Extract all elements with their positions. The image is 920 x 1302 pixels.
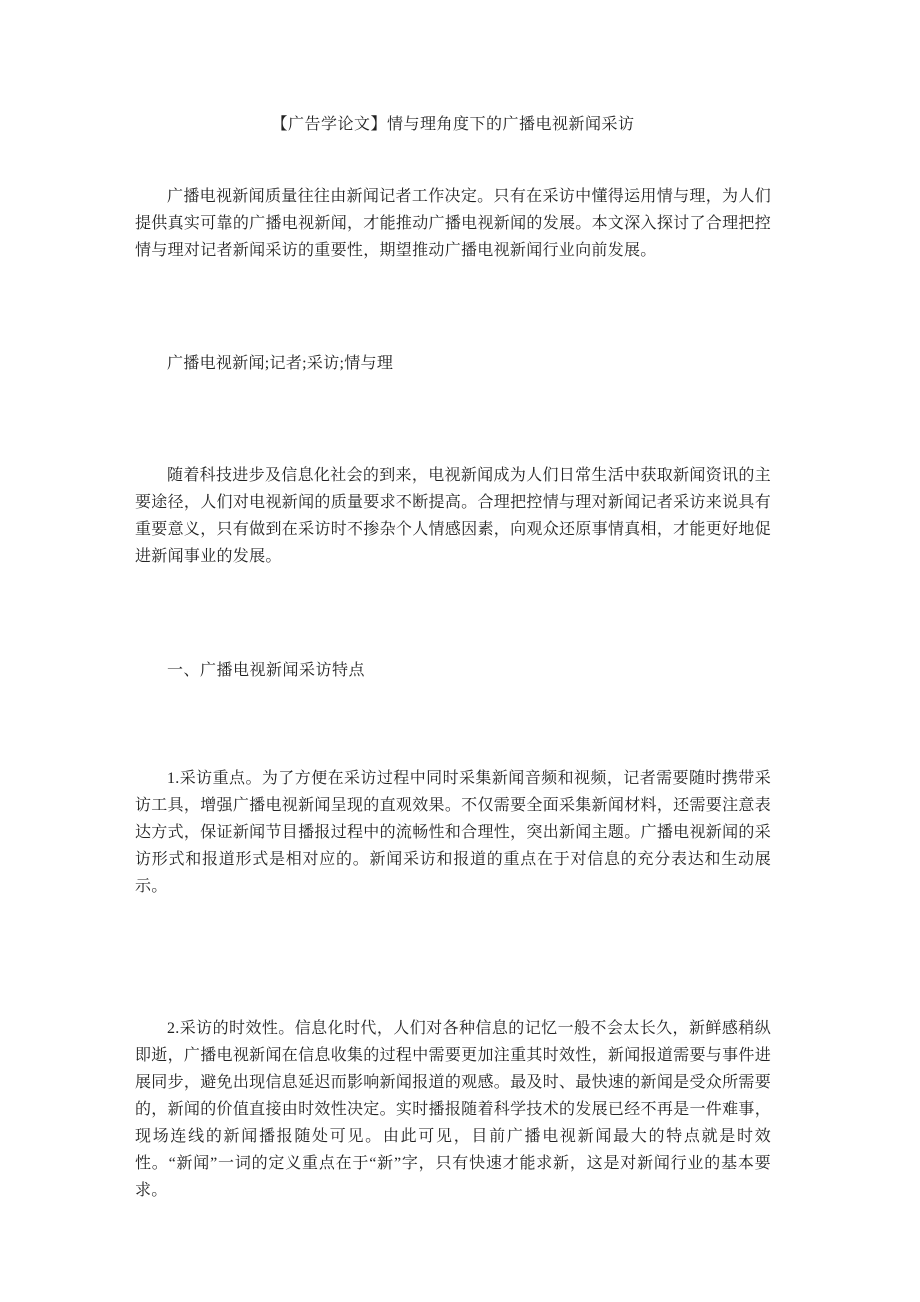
section-heading-1: 一、广播电视新闻采访特点 <box>135 657 771 684</box>
feature-paragraph-2: 2.采访的时效性。信息化时代，人们对各种信息的记忆一般不会太长久，新鲜感稍纵即逝… <box>135 1015 771 1204</box>
document-title: 【广告学论文】情与理角度下的广播电视新闻采访 <box>135 111 771 138</box>
keywords-line: 广播电视新闻;记者;采访;情与理 <box>135 350 771 377</box>
feature-paragraph-1: 1.采访重点。为了方便在采访过程中同时采集新闻音频和视频，记者需要随时携带采访工… <box>135 765 771 900</box>
abstract-paragraph: 广播电视新闻质量往往由新闻记者工作决定。只有在采访中懂得运用情与理，为人们提供真… <box>135 183 771 264</box>
document-page: 【广告学论文】情与理角度下的广播电视新闻采访 广播电视新闻质量往往由新闻记者工作… <box>0 0 920 1302</box>
intro-paragraph: 随着科技进步及信息化社会的到来，电视新闻成为人们日常生活中获取新闻资讯的主要途径… <box>135 462 771 570</box>
